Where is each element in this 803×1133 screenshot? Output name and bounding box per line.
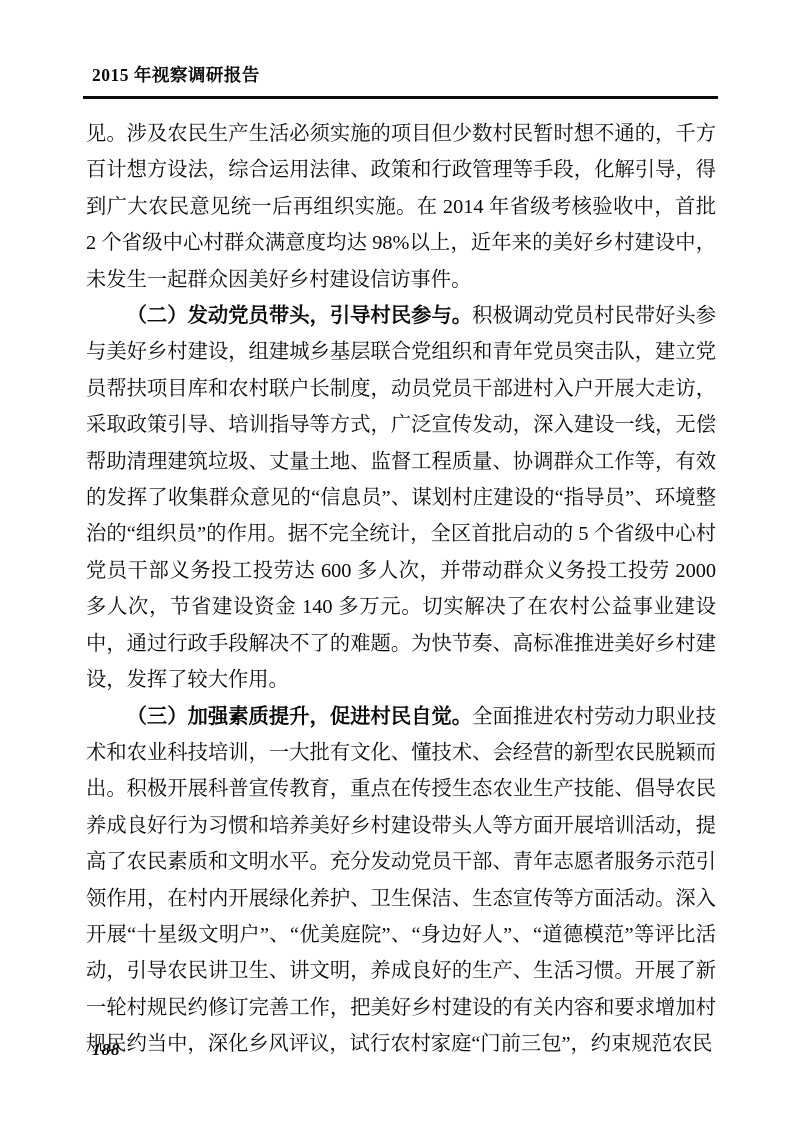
document-body: 见。涉及农民生产生活必须实施的项目但少数村民暂时想不通的，千方百计想方设法，综合…	[86, 116, 716, 1063]
paragraph-text: 见。涉及农民生产生活必须实施的项目但少数村民暂时想不通的，千方百计想方设法，综合…	[86, 123, 716, 291]
paragraph-lead-heading: （二）发动党员带头，引导村民参与。	[127, 305, 473, 327]
header-rule	[83, 96, 718, 99]
paragraph-text: 全面推进农村劳动力职业技术和农业科技培训，一大批有文化、懂技术、会经营的新型农民…	[86, 706, 716, 1056]
page-number: 188	[92, 1040, 121, 1060]
paragraph-section-2: （二）发动党员带头，引导村民参与。积极调动党员村民带好头参与美好乡村建设，组建城…	[86, 298, 716, 698]
paragraph-lead-heading: （三）加强素质提升，促进村民自觉。	[127, 706, 473, 728]
paragraph-section-3: （三）加强素质提升，促进村民自觉。全面推进农村劳动力职业技术和农业科技培训，一大…	[86, 699, 716, 1063]
document-page: 2015 年视察调研报告 见。涉及农民生产生活必须实施的项目但少数村民暂时想不通…	[0, 0, 803, 1133]
page-header-title: 2015 年视察调研报告	[92, 62, 260, 87]
paragraph-text: 积极调动党员村民带好头参与美好乡村建设，组建城乡基层联合党组织和青年党员突击队，…	[86, 305, 716, 691]
paragraph-continuation: 见。涉及农民生产生活必须实施的项目但少数村民暂时想不通的，千方百计想方设法，综合…	[86, 116, 716, 298]
